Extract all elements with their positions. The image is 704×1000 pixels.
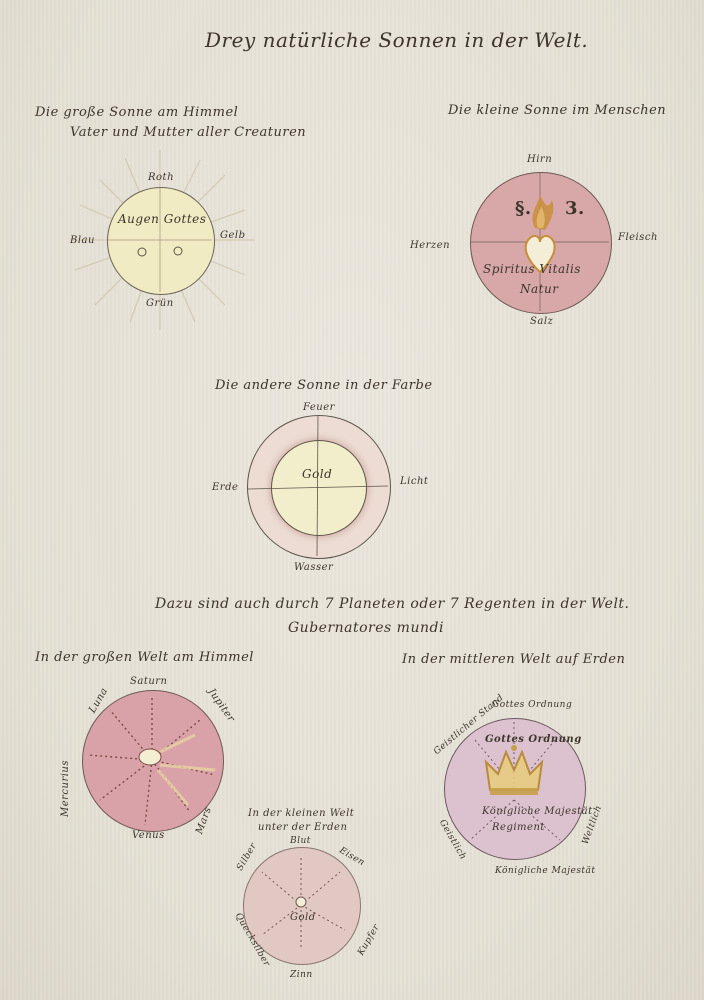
lower-world-label-5: Zinn: [290, 970, 313, 980]
lower-world-inner-text: Gold: [290, 912, 316, 923]
lower-world-label-1: Blut: [290, 836, 311, 846]
lower-world-drawing: [0, 0, 704, 1000]
